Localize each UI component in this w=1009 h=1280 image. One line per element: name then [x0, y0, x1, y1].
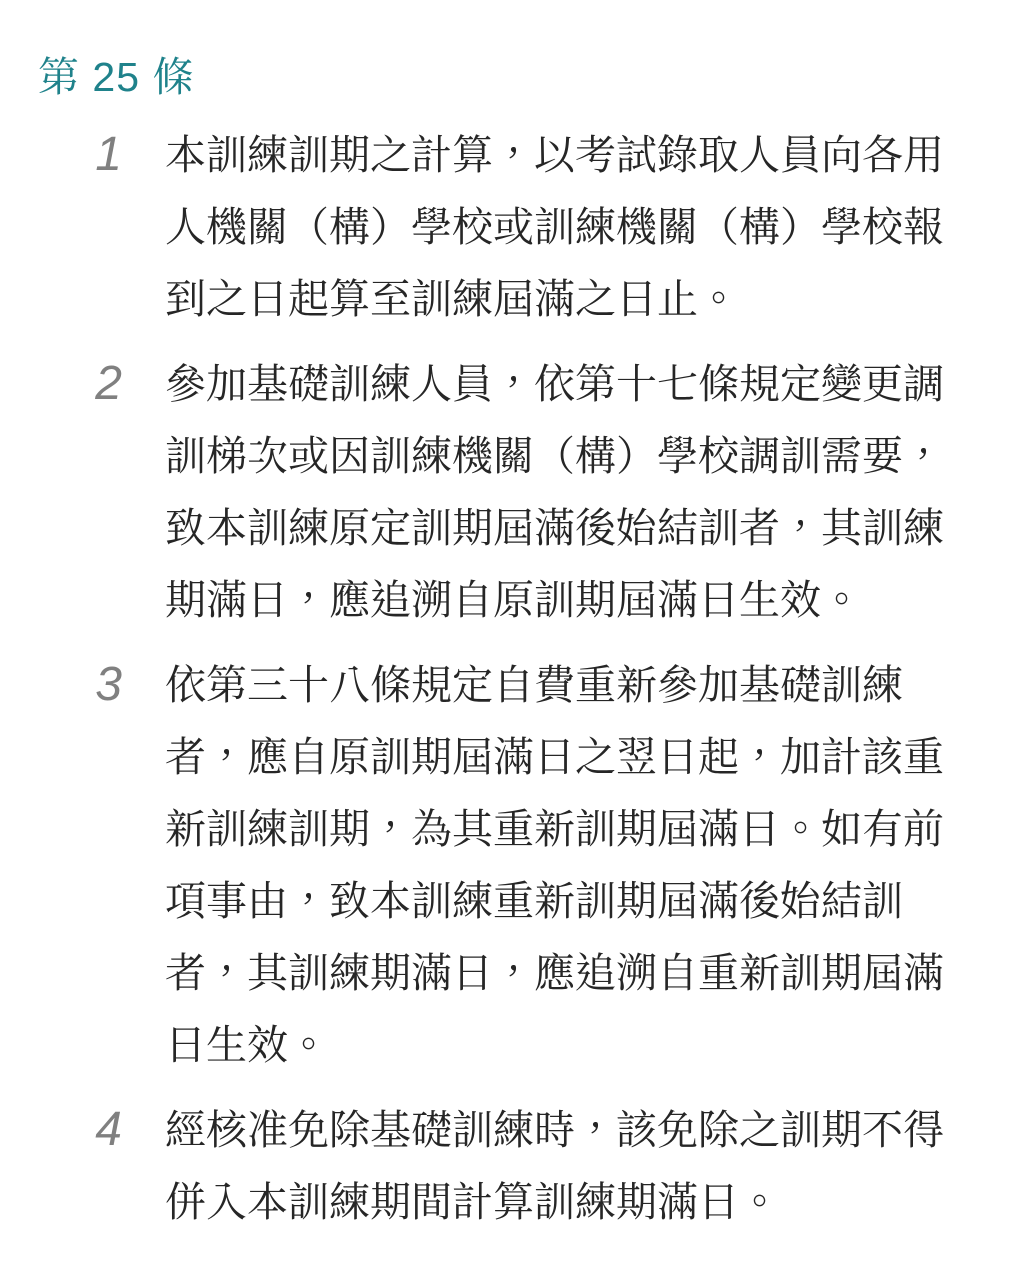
- paragraph-item: 2 參加基礎訓練人員，依第十七條規定變更調訓梯次或因訓練機關（構）學校調訓需要，…: [38, 348, 1009, 636]
- paragraph-number: 4: [38, 1094, 122, 1166]
- paragraph-number: 3: [38, 649, 122, 721]
- paragraph-text: 本訓練訓期之計算，以考試錄取人員向各用人機關（構）學校或訓練機關（構）學校報到之…: [165, 119, 960, 335]
- article-number-link[interactable]: 第 25 條: [38, 52, 1009, 102]
- paragraph-item: 1 本訓練訓期之計算，以考試錄取人員向各用人機關（構）學校或訓練機關（構）學校報…: [38, 119, 1009, 335]
- paragraph-number: 2: [38, 348, 122, 420]
- paragraph-item: 3 依第三十八條規定自費重新參加基礎訓練者，應自原訓期屆滿日之翌日起，加計該重新…: [38, 649, 1009, 1081]
- paragraph-number: 1: [38, 119, 122, 191]
- paragraph-text: 依第三十八條規定自費重新參加基礎訓練者，應自原訓期屆滿日之翌日起，加計該重新訓練…: [165, 649, 960, 1081]
- paragraph-item: 4 經核准免除基礎訓練時，該免除之訓期不得併入本訓練期間計算訓練期滿日。: [38, 1094, 1009, 1238]
- law-article: 第 25 條 1 本訓練訓期之計算，以考試錄取人員向各用人機關（構）學校或訓練機…: [38, 52, 1009, 1238]
- paragraph-text: 經核准免除基礎訓練時，該免除之訓期不得併入本訓練期間計算訓練期滿日。: [165, 1094, 960, 1238]
- paragraph-list: 1 本訓練訓期之計算，以考試錄取人員向各用人機關（構）學校或訓練機關（構）學校報…: [38, 119, 1009, 1238]
- paragraph-text: 參加基礎訓練人員，依第十七條規定變更調訓梯次或因訓練機關（構）學校調訓需要，致本…: [165, 348, 960, 636]
